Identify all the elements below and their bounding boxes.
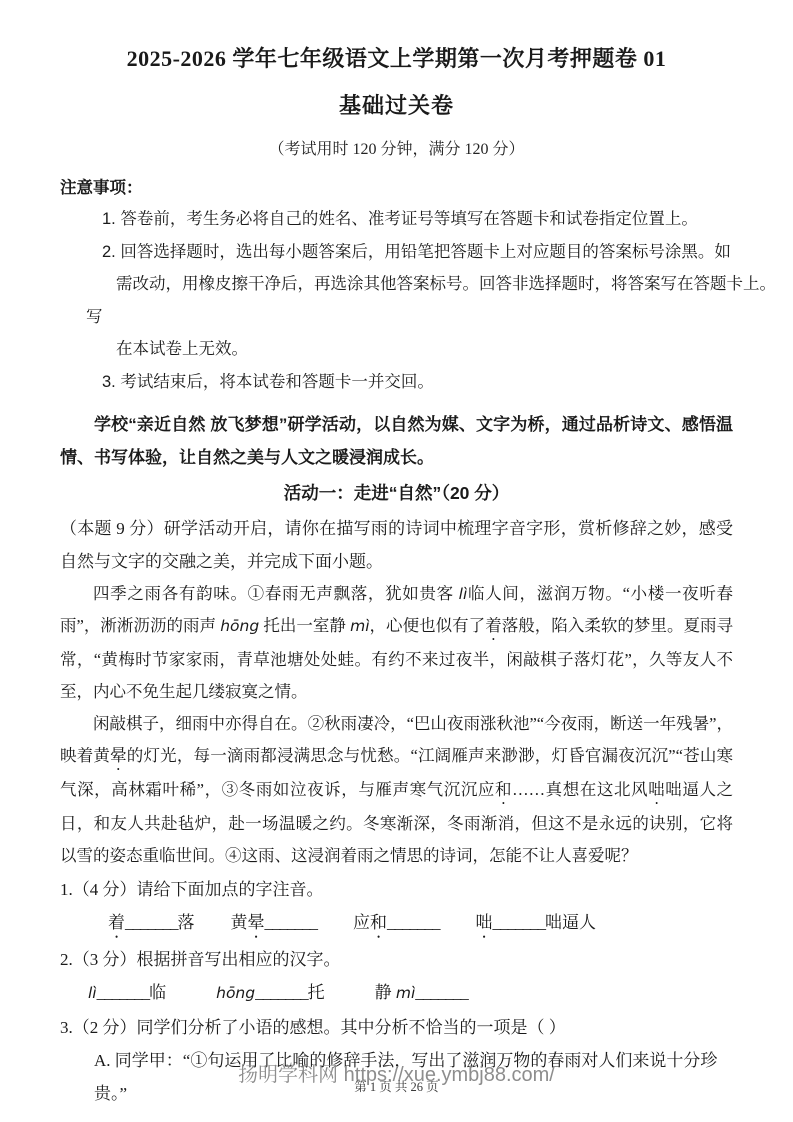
exam-duration-info: （考试用时 120 分钟，满分 120 分） xyxy=(60,136,733,159)
passage-paragraph-2: 闲敲棋子，细雨中亦得自在。②秋雨凄冷，“巴山夜雨涨秋池”“今夜雨，断送一年残暑”… xyxy=(60,708,733,872)
activity-heading: 活动一：走进“自然”（20 分） xyxy=(60,478,733,508)
text-segment: ，心便也似有了 xyxy=(370,616,486,635)
pinyin-text: lì xyxy=(88,984,97,1002)
notes-heading: 注意事项： xyxy=(60,173,733,203)
text-segment: 咄逼人 xyxy=(545,913,596,932)
answer-blank: _______ xyxy=(387,913,440,932)
text-segment: 静 xyxy=(375,983,396,1002)
blank-item: hōng_______托 xyxy=(216,976,324,1010)
note-line-2: 2. 回答选择题时，选出每小题答案后，用铅笔把答题卡上对应题目的答案标号涂黑。如 xyxy=(60,236,733,269)
answer-blank: _______ xyxy=(97,983,150,1002)
intro-paragraph: 学校“亲近自然 放飞梦想”研学活动，以自然为媒、文字为桥，通过品析诗文、感悟温情… xyxy=(60,408,733,474)
dotted-char: 和 xyxy=(370,913,387,932)
question-1-blanks: 着_______落 黄晕_______ 应和_______ 咄_______咄逼… xyxy=(60,906,733,942)
text-segment: 落 xyxy=(178,913,195,932)
question-1-stem: 1.（4 分）请给下面加点的字注音。 xyxy=(60,873,733,906)
dotted-char: 晕 xyxy=(248,913,265,932)
pinyin-text: mì xyxy=(350,617,369,635)
text-segment: 托出一室静 xyxy=(259,616,350,635)
blank-item: 着_______落 xyxy=(108,906,195,942)
text-segment: 黄 xyxy=(231,913,248,932)
question-2-blanks: lì_______临 hōng_______托 静 mì_______ xyxy=(60,976,733,1010)
blank-item: 静 mì_______ xyxy=(375,976,468,1010)
dotted-char: 咄 xyxy=(476,913,493,932)
blank-item: 咄_______咄逼人 xyxy=(476,906,597,942)
paper-title: 2025-2026 学年七年级语文上学期第一次月考押题卷 01 xyxy=(60,44,733,74)
note-line-2-orphan: 写 xyxy=(60,301,733,334)
passage-paragraph-1: 四季之雨各有韵味。①春雨无声飘落，犹如贵客 lì临人间，滋润万物。“小楼一夜听春… xyxy=(60,578,733,708)
reading-passage: 四季之雨各有韵味。①春雨无声飘落，犹如贵客 lì临人间，滋润万物。“小楼一夜听春… xyxy=(60,578,733,872)
note-line-3: 3. 考试结束后，将本试卷和答题卡一并交回。 xyxy=(60,366,733,399)
note-line-2-end: 在本试卷上无效。 xyxy=(60,333,733,366)
note-line-1: 1. 答卷前，考生务必将自己的姓名、准考证号等填写在答题卡和试卷指定位置上。 xyxy=(60,203,733,236)
pinyin-text: hōng xyxy=(220,617,259,635)
text-segment: 托 xyxy=(308,983,325,1002)
dotted-char: 着 xyxy=(485,616,502,635)
dotted-char: 着 xyxy=(108,913,125,932)
question-3-stem: 3.（2 分）同学们分析了小语的感想。其中分析不恰当的一项是（ ） xyxy=(60,1011,733,1044)
text-segment: 应 xyxy=(353,913,370,932)
answer-blank: _______ xyxy=(125,913,178,932)
note-line-2-cont: 需改动，用橡皮擦干净后，再选涂其他答案标号。回答非选择题时，将答案写在答题卡上。 xyxy=(60,268,733,301)
lead-paragraph: （本题 9 分）研学活动开启，请你在描写雨的诗词中梳理字音字形，赏析修辞之妙，感… xyxy=(60,512,733,578)
pinyin-text: hōng xyxy=(216,984,255,1002)
dotted-char: 咄 xyxy=(648,780,665,799)
blank-item: 应和_______ xyxy=(353,906,440,942)
blank-item: 黄晕_______ xyxy=(231,906,318,942)
answer-blank: _______ xyxy=(265,913,318,932)
answer-blank: _______ xyxy=(415,983,468,1002)
text-segment: 四季之雨各有韵味。①春雨无声飘落，犹如贵客 xyxy=(93,584,459,603)
question-2-stem: 2.（3 分）根据拼音写出相应的汉字。 xyxy=(60,943,733,976)
dotted-char: 和 xyxy=(495,780,512,799)
paper-subtitle: 基础过关卷 xyxy=(60,91,733,121)
pinyin-text: lì xyxy=(459,585,468,603)
text-segment: ……真想在这北风 xyxy=(512,780,648,799)
pinyin-text: mì xyxy=(396,984,415,1002)
text-segment: 临 xyxy=(149,983,166,1002)
dotted-char: 晕 xyxy=(110,746,127,765)
page-number: 第 1 页 共 26 页 xyxy=(0,1077,793,1095)
blank-item: lì_______临 xyxy=(88,976,166,1010)
answer-blank: _______ xyxy=(493,913,546,932)
exam-paper-page: 2025-2026 学年七年级语文上学期第一次月考押题卷 01 基础过关卷 （考… xyxy=(0,0,793,1122)
answer-blank: _______ xyxy=(255,983,308,1002)
